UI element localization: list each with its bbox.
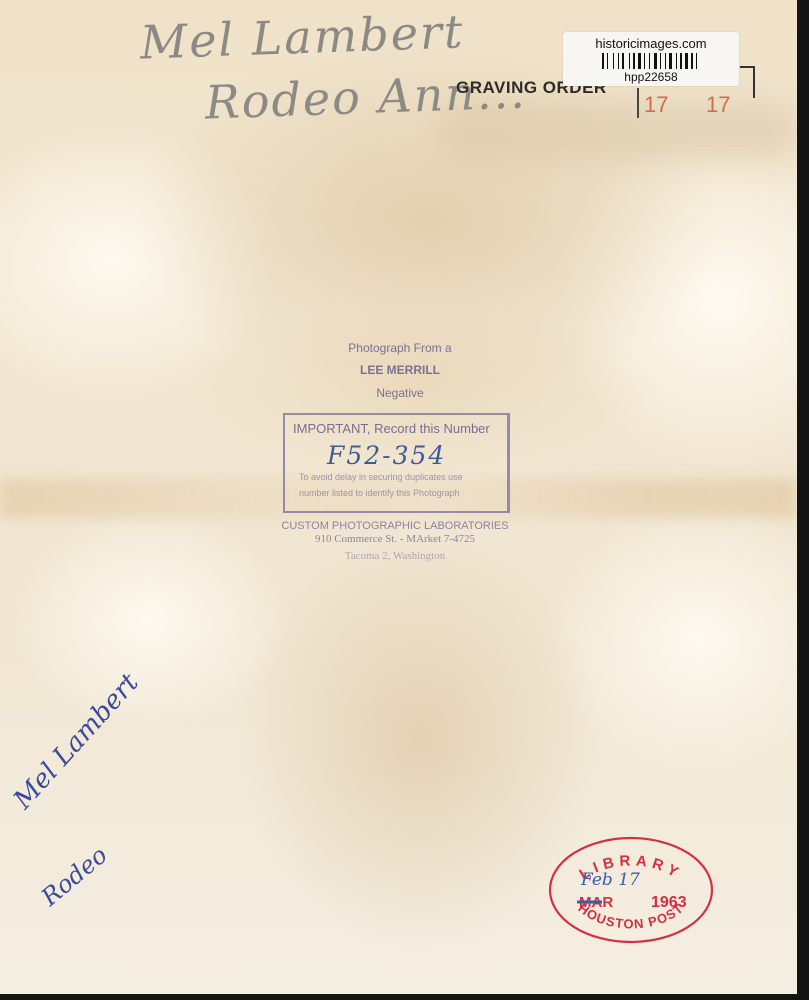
pencil-handwriting-name: Mel Lambert bbox=[139, 4, 465, 69]
red-mark: 17 bbox=[644, 92, 668, 118]
scan-edge bbox=[0, 994, 809, 1000]
svg-text:1963: 1963 bbox=[651, 894, 687, 911]
lab-city: Tacoma 2, Washington bbox=[280, 550, 510, 562]
bracket-mark bbox=[753, 68, 755, 98]
svg-text:Feb 17: Feb 17 bbox=[580, 870, 640, 890]
stamp-photographer: LEE MERRILL bbox=[320, 363, 480, 377]
barcode-label: historicimages.com hpp22658 bbox=[563, 32, 739, 86]
divider-line bbox=[637, 88, 639, 118]
barcode-icon bbox=[581, 53, 721, 69]
record-number-stamp: IMPORTANT, Record this Number F52-354 To… bbox=[283, 413, 510, 513]
red-mark: 17 bbox=[706, 92, 730, 118]
label-id: hpp22658 bbox=[563, 70, 739, 84]
photo-back: Mel Lambert Rodeo Ann... GRAVING ORDER 1… bbox=[0, 0, 797, 995]
negative-number: F52-354 bbox=[327, 441, 446, 470]
library-stamp: LIBRARY HOUSTON POST Feb 17 MAR 1963 bbox=[547, 835, 715, 945]
label-site: historicimages.com bbox=[563, 36, 739, 51]
lab-address: 910 Commerce St. - MArket 7-4725 bbox=[280, 533, 510, 545]
stamp-negative: Negative bbox=[320, 386, 480, 400]
stamp-title: IMPORTANT, Record this Number bbox=[293, 421, 490, 436]
stamp-note: number listed to identify this Photograp… bbox=[299, 488, 460, 498]
scan-edge bbox=[797, 0, 809, 1000]
stamp-note: To avoid delay in securing duplicates us… bbox=[299, 472, 463, 482]
lab-name: CUSTOM PHOTOGRAPHIC LABORATORIES bbox=[280, 520, 510, 532]
stamp-photo-line: Photograph From a bbox=[320, 341, 480, 355]
